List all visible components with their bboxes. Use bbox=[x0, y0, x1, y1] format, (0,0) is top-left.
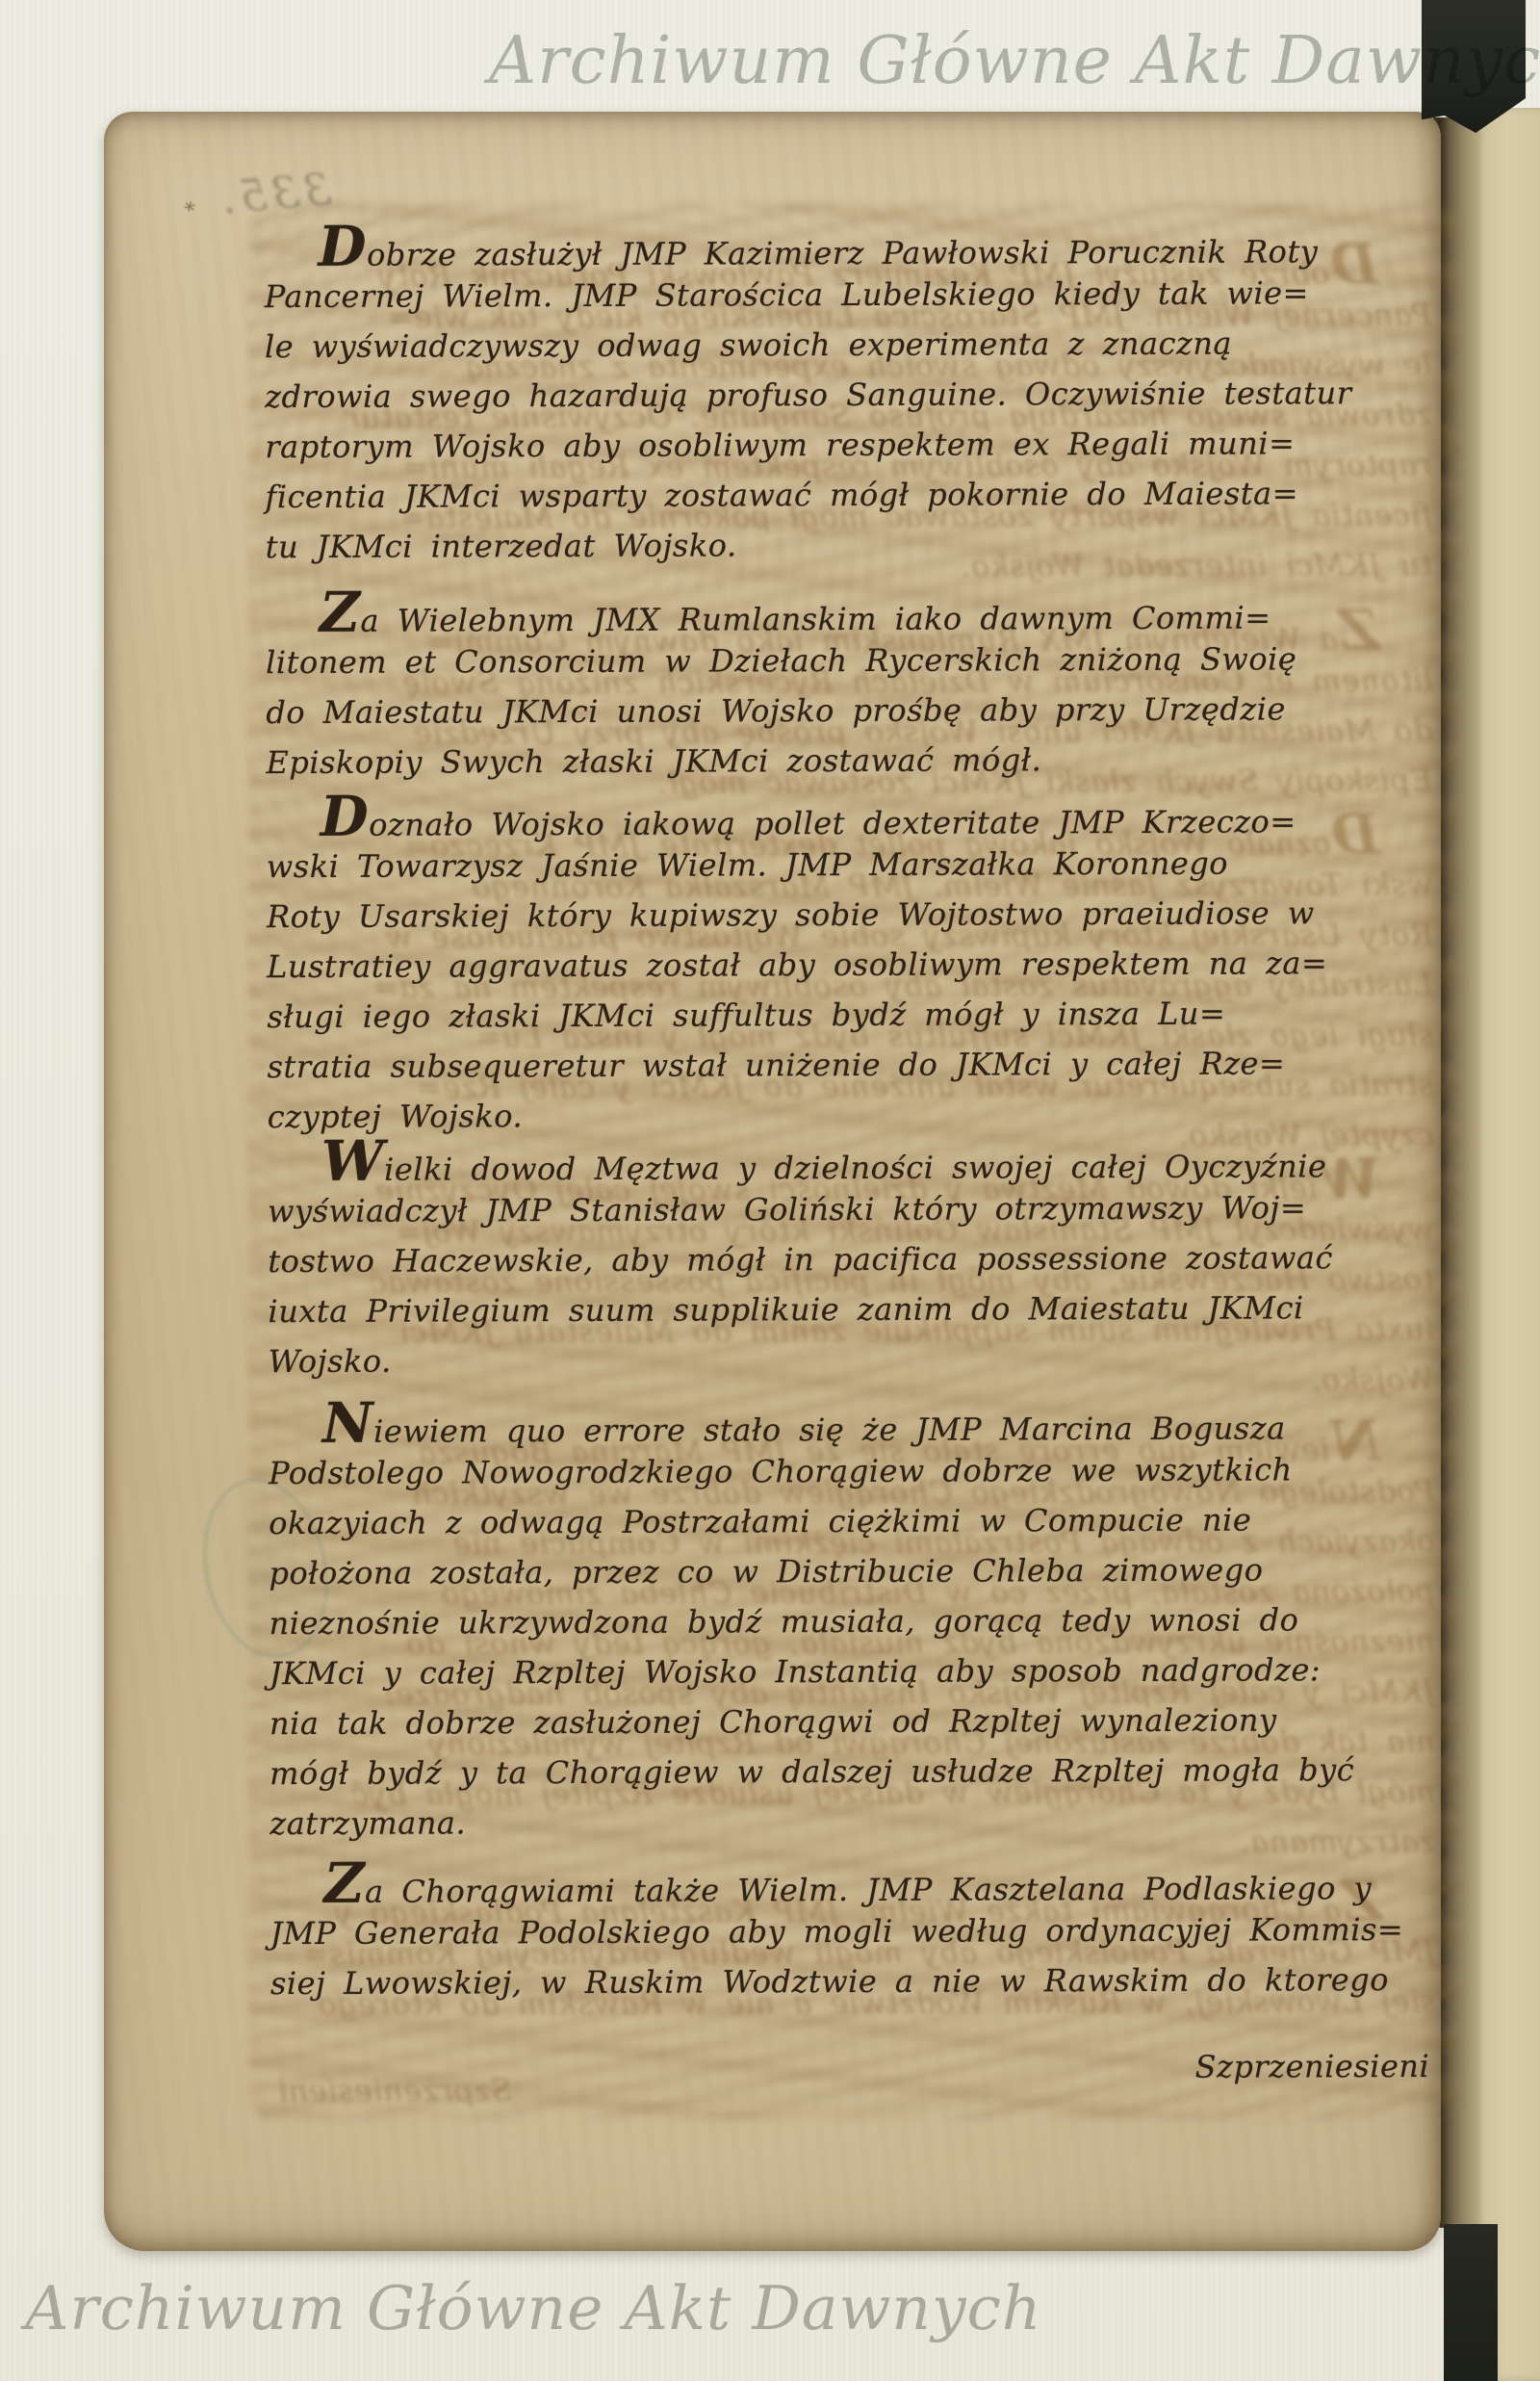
manuscript-line: le wyświadczywszy odwag swoich experimen… bbox=[265, 318, 1431, 372]
watermark-top: Archiwum Główne Akt Dawnych bbox=[489, 29, 1540, 94]
manuscript-line: wyświadczył JMP Stanisław Goliński który… bbox=[268, 1182, 1434, 1236]
manuscript-line: okazyiach z odwagą Postrzałami ciężkimi … bbox=[269, 1494, 1435, 1548]
manuscript-line: Dobrze zasłużył JMP Kazimierz Pawłowski … bbox=[265, 218, 1431, 272]
watermark-bottom: Archiwum Główne Akt Dawnych bbox=[25, 2278, 1041, 2339]
manuscript-paragraph: Za Wielebnym JMX Rumlanskim iako dawnym … bbox=[266, 583, 1433, 788]
manuscript-line: Pancernej Wielm. JMP Starościca Lubelski… bbox=[265, 268, 1431, 322]
manuscript-line: sługi iego złaski JKMci suffultus bydź m… bbox=[267, 988, 1433, 1042]
manuscript-line: ficentia JKMci wsparty zostawać mógł pok… bbox=[265, 468, 1431, 522]
manuscript-line: Wielki dowod Męztwa y dzielności swojej … bbox=[268, 1132, 1434, 1186]
black-ribbon-bottom bbox=[1444, 2224, 1498, 2381]
manuscript-line: tostwo Haczewskie, aby mógł in pacifica … bbox=[268, 1232, 1434, 1286]
manuscript-line: nia tak dobrze zasłużonej Chorągwi od Rz… bbox=[269, 1695, 1436, 1748]
manuscript-line: iuxta Privilegium suum supplikuie zanim … bbox=[268, 1282, 1434, 1336]
manuscript-line: tu JKMci interzedat Wojsko. bbox=[266, 518, 1432, 572]
manuscript-line: Podstolego Nowogrodzkiego Chorągiew dobr… bbox=[269, 1444, 1435, 1498]
closing-line: Szprzeniesieni bbox=[1195, 2041, 1430, 2092]
manuscript-line: JMP Generała Podolskiego aby mogli wedłu… bbox=[270, 1904, 1437, 1958]
manuscript-line: Episkopiy Swych złaski JKMci zostawać mó… bbox=[266, 734, 1432, 788]
manuscript-line: mógł bydź y ta Chorągiew w dalszej usłud… bbox=[269, 1745, 1436, 1799]
manuscript-line: wski Towarzysz Jaśnie Wielm. JMP Marszał… bbox=[267, 838, 1433, 892]
manuscript-paragraph: Za Chorągwiami także Wielm. JMP Kasztela… bbox=[269, 1854, 1437, 2008]
manuscript-line: Wojsko. bbox=[269, 1333, 1435, 1386]
manuscript-line: nieznośnie ukrzywdzona bydź musiała, gor… bbox=[269, 1594, 1436, 1648]
manuscript-line: JKMci y całej Rzpltej Wojsko Instantią a… bbox=[269, 1644, 1436, 1698]
manuscript-line: Doznało Wojsko iakową pollet dexteritate… bbox=[267, 788, 1433, 841]
manuscript-line: zdrowia swego hazardują profuso Sanguine… bbox=[265, 368, 1431, 422]
manuscript-page: ⁎ 335. Dobrze zasłużył JMP Kazimierz Paw… bbox=[104, 112, 1441, 2251]
adjacent-page-edge bbox=[1471, 108, 1540, 2381]
manuscript-paragraph: Niewiem quo errore stało się że JMP Marc… bbox=[269, 1394, 1437, 1849]
manuscript-line: siej Lwowskiej, w Ruskim Wodztwie a nie … bbox=[270, 1954, 1437, 2008]
manuscript-line: do Maiestatu JKMci unosi Wojsko prośbę a… bbox=[266, 684, 1432, 738]
manuscript-line: stratia subsequeretur wstał uniżenie do … bbox=[267, 1038, 1433, 1092]
manuscript-line: Za Chorągwiami także Wielm. JMP Kasztela… bbox=[269, 1854, 1436, 1908]
manuscript-paragraph: Doznało Wojsko iakową pollet dexteritate… bbox=[267, 788, 1434, 1142]
manuscript-paragraph: Wielki dowod Męztwa y dzielności swojej … bbox=[268, 1132, 1435, 1386]
manuscript-paragraph: Dobrze zasłużył JMP Kazimierz Pawłowski … bbox=[265, 218, 1432, 572]
manuscript-line: litonem et Consorcium w Dziełach Rycersk… bbox=[266, 634, 1432, 687]
manuscript-line: Niewiem quo errore stało się że JMP Marc… bbox=[269, 1394, 1435, 1448]
manuscript-text: Dobrze zasłużył JMP Kazimierz Pawłowski … bbox=[264, 110, 1438, 2253]
manuscript-line: położona została, przez co w Distribucie… bbox=[269, 1544, 1435, 1598]
manuscript-line: raptorym Wojsko aby osobliwym respektem … bbox=[265, 418, 1431, 472]
manuscript-line: Za Wielebnym JMX Rumlanskim iako dawnym … bbox=[266, 583, 1432, 637]
manuscript-line: Lustratiey aggravatus został aby osobliw… bbox=[267, 938, 1433, 992]
manuscript-line: Roty Usarskiej który kupiwszy sobie Wojt… bbox=[267, 888, 1433, 942]
manuscript-line: zatrzymana. bbox=[269, 1795, 1436, 1849]
pen-mark: ⁎ bbox=[182, 192, 198, 218]
